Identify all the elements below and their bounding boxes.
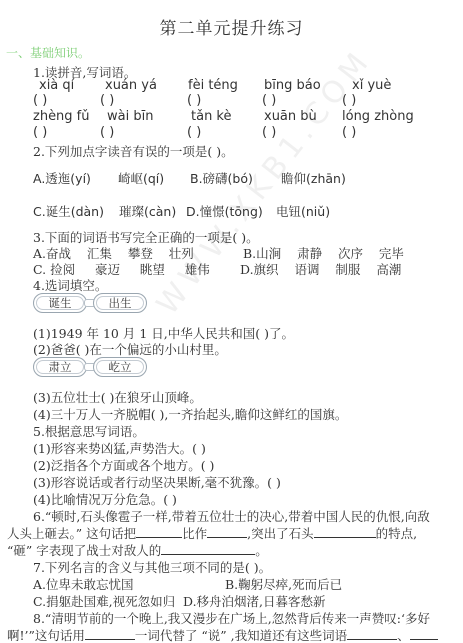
word-choice-box: 出生	[93, 293, 147, 313]
word-choice-box: 诞生	[33, 293, 87, 313]
option: 璀璨(càn)	[119, 202, 176, 220]
q5-prompt: 5.根据意思写词语。	[33, 422, 145, 440]
answer-blank[interactable]: ( )	[33, 125, 47, 140]
option: 瞻仰(zhān)	[281, 169, 346, 187]
option: A.透迤(yí)	[33, 169, 91, 187]
option: C.诞生(dàn)	[33, 202, 104, 220]
pinyin: fèi téng	[188, 78, 238, 93]
word: C. 捡阅	[33, 262, 75, 277]
q5-item: (2)泛指各个方面或各个地方。( )	[33, 456, 214, 474]
q5-item: (1)形容来势凶猛,声势浩大。( )	[33, 439, 206, 457]
fill-blank[interactable]	[347, 627, 397, 640]
pinyin: xuān bù	[264, 109, 317, 124]
q5-item: (3)形容说话或者行动坚决果断,毫不犹豫。( )	[33, 473, 281, 491]
word: 汇集	[87, 246, 112, 261]
answer-blank[interactable]: ( )	[342, 125, 356, 140]
q4-prompt: 4.选词填空。	[33, 276, 107, 294]
fill-blank[interactable]	[314, 525, 376, 538]
word: 攀登	[128, 246, 153, 261]
pinyin: lóng zhòng	[342, 109, 414, 124]
q5-item: (4)比喻情况万分危急。( )	[33, 490, 177, 508]
answer-blank[interactable]: ( )	[187, 93, 201, 108]
q7-prompt: 7.下列名言的含义与其他三项不同的是( )。	[33, 558, 271, 576]
q6-line-1: 6.“顿时,石头像雹子一样,带着五位壮士的决心,带着中国人民的仇恨,向敌	[33, 507, 430, 525]
answer-blank[interactable]: ( )	[100, 93, 114, 108]
word: 壮列	[169, 246, 194, 261]
pinyin: wài bīn	[107, 109, 153, 124]
text: 、	[397, 628, 410, 643]
text: 啊!’”这句话用	[7, 628, 85, 643]
word: A.奋战	[33, 246, 71, 261]
word: B.山涧	[243, 246, 281, 261]
answer-blank[interactable]: ( )	[187, 125, 201, 140]
option: 电钮(niǔ)	[276, 202, 330, 220]
text: ,突出了石头	[247, 526, 313, 541]
fill-blank[interactable]	[207, 525, 247, 538]
answer-blank[interactable]: ( )	[33, 93, 47, 108]
word: D.旗织	[240, 262, 279, 277]
text: 的特点,	[376, 526, 417, 541]
word: 语调	[294, 262, 319, 277]
answer-blank[interactable]: ( )	[262, 125, 276, 140]
option: 崎岖(qí)	[118, 169, 164, 187]
word: 次序	[338, 246, 363, 261]
q2-prompt: 2.下列加点字读音有误的一项是( )。	[33, 142, 234, 160]
q4-sentence-2: (2)爸爸( )在一个偏远的小山村里。	[33, 340, 227, 358]
fill-blank[interactable]	[410, 627, 438, 640]
q8-line-1: 8.“清明节前的一个晚上,我又漫步在广场上,忽然背后传来一声赞叹:‘多好	[33, 609, 430, 627]
word: 雄伟	[185, 262, 210, 277]
word: 完毕	[379, 246, 404, 261]
answer-blank[interactable]: ( )	[262, 93, 276, 108]
word: 高潮	[376, 262, 401, 277]
option: D.憧憬(tōng)	[186, 202, 263, 220]
fill-blank[interactable]	[85, 627, 135, 640]
text: “砸” 字表现了战士对敌人的	[7, 543, 161, 558]
pinyin: xuán yá	[105, 78, 157, 93]
q7-option-d: D.移舟泊烟渚,日暮客愁新	[183, 592, 326, 610]
word: 制服	[335, 262, 360, 277]
pinyin: xià qí	[39, 78, 74, 93]
section-heading: 一、基础知识。	[6, 44, 90, 61]
fill-blank[interactable]	[161, 542, 255, 555]
answer-blank[interactable]: ( )	[342, 93, 356, 108]
fill-blank[interactable]	[136, 525, 182, 538]
option: B.磅礴(bó)	[190, 169, 253, 187]
pinyin: zhèng fǔ	[33, 109, 90, 124]
word: 豪迈	[95, 262, 120, 277]
q8-line-2: 啊!’”这句话用一词代替了 “说” ,我知道还有这些词语、	[7, 626, 438, 643]
option-d: D.旗织 语调 制服 高潮	[240, 260, 401, 278]
answer-blank[interactable]: ( )	[100, 125, 114, 140]
q7-option-b: B.鞠躬尽瘁,死而后已	[225, 575, 342, 593]
text: 。	[255, 543, 268, 558]
word: 肃静	[297, 246, 322, 261]
word: 眺望	[140, 262, 165, 277]
q4-sentence-3: (3)五位壮士( )在狼牙山顶峰。	[33, 388, 202, 406]
text: 人头上砸去。” 这句话把	[7, 526, 136, 541]
q4-sentence-4: (4)三十万人一齐脱帽( ),一齐抬起头,瞻仰这鲜红的国旗。	[33, 405, 347, 423]
word-choice-box: 肃立	[33, 357, 87, 377]
q6-line-3: “砸” 字表现了战士对敌人的。	[7, 541, 268, 559]
word-choice-box: 屹立	[93, 357, 147, 377]
text: 比作	[182, 526, 207, 541]
page-title: 第二单元提升练习	[0, 14, 463, 39]
text: 一词代替了 “说” ,我知道还有这些词语	[135, 628, 347, 643]
q6-line-2: 人头上砸去。” 这句话把比作,突出了石头的特点,	[7, 524, 417, 542]
q7-option-c: C.捐躯赴国难,视死忽如归	[33, 592, 175, 610]
q7-option-a: A.位卑未敢忘忧国	[33, 575, 134, 593]
pinyin: xǐ yuè	[352, 78, 391, 93]
pinyin: bīng báo	[264, 78, 321, 93]
pinyin: tǎn kè	[191, 109, 232, 124]
